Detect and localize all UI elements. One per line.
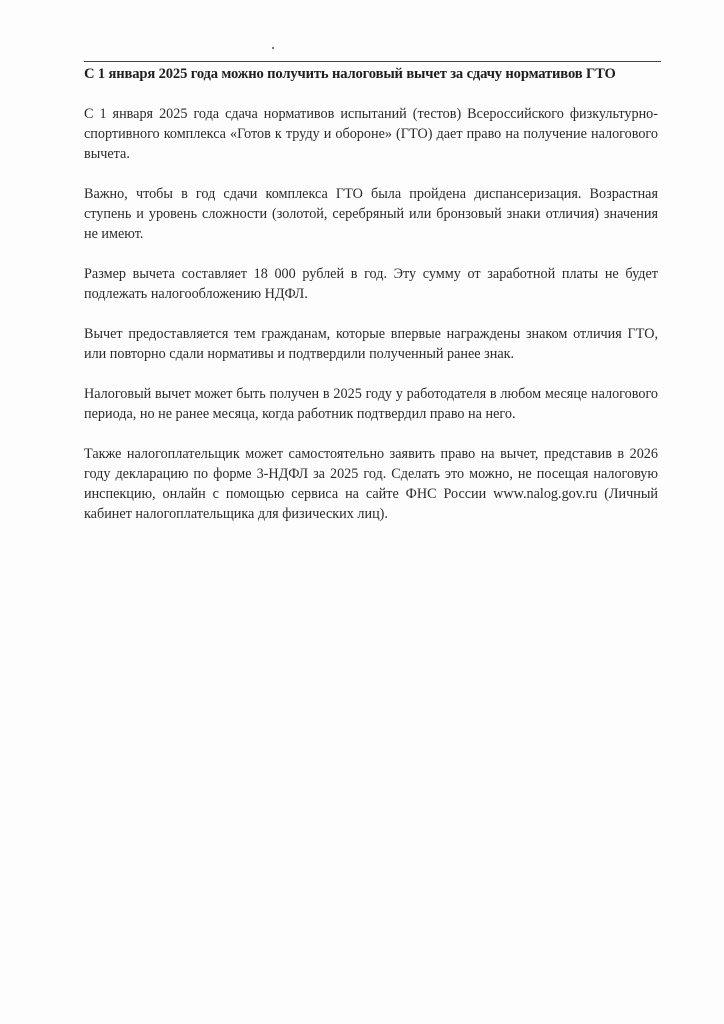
paragraph-self-declaration: Также налогоплательщик может самостоятел… (84, 444, 658, 524)
document-body: С 1 января 2025 года сдача нормативов ис… (84, 104, 658, 544)
paragraph-deduction-amount: Размер вычета составляет 18 000 рублей в… (84, 264, 658, 304)
paragraph-employer-deduction: Налоговый вычет может быть получен в 202… (84, 384, 658, 424)
paragraph-eligible-citizens: Вычет предоставляется тем гражданам, кот… (84, 324, 658, 364)
paragraph-medical-exam-requirement: Важно, чтобы в год сдачи комплекса ГТО б… (84, 184, 658, 244)
document-title: С 1 января 2025 года можно получить нало… (84, 66, 674, 83)
scan-speck (272, 47, 274, 49)
header-rule (84, 61, 661, 62)
document-page: С 1 января 2025 года можно получить нало… (0, 0, 724, 1024)
paragraph-gto-deduction-right: С 1 января 2025 года сдача нормативов ис… (84, 104, 658, 164)
